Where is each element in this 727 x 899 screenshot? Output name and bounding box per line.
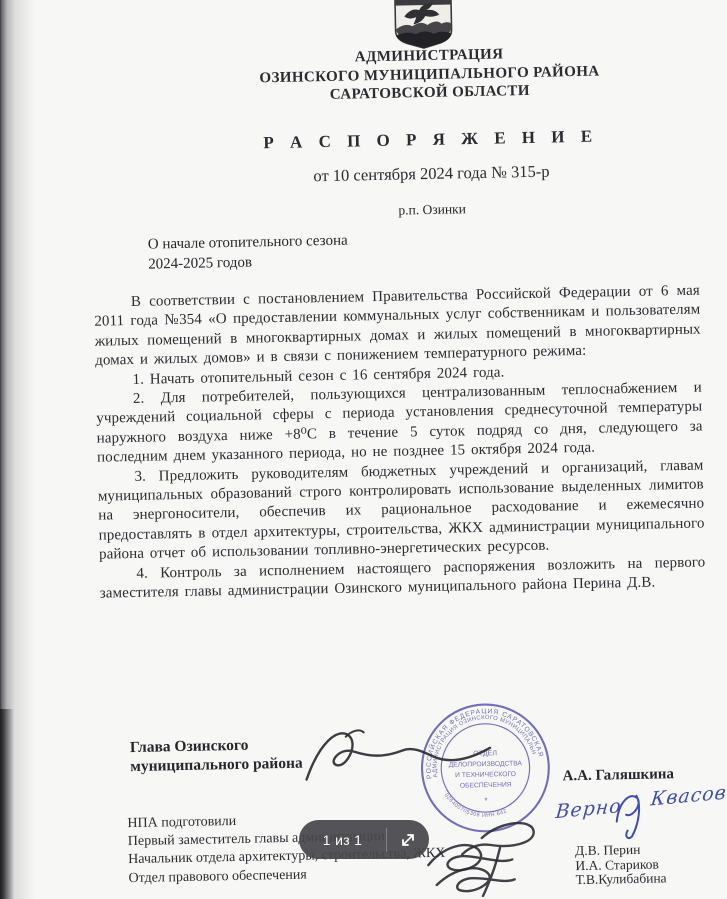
approval-signatures-ink xyxy=(415,816,597,899)
signer-title: Глава Озинского муниципального района xyxy=(130,735,303,776)
organization-name: АДМИНИСТРАЦИЯ ОЗИНСКОГО МУНИЦИПАЛЬНОГО Р… xyxy=(159,42,700,108)
document-place: р.п. Озинки xyxy=(162,196,702,223)
certifier-initials-ink xyxy=(606,782,659,842)
subject-line: 2024-2025 годов xyxy=(148,251,348,275)
document-body: В соответствии с постановлением Правител… xyxy=(94,282,706,605)
subject-line: О начале отопительного сезона xyxy=(148,232,348,256)
expand-icon xyxy=(399,831,417,849)
certifier-name: Квасова xyxy=(650,780,727,810)
signer-name: А.А. Галяшкина xyxy=(562,766,674,785)
head-signature-ink xyxy=(293,718,500,800)
body-paragraph: В соответствии с постановлением Правител… xyxy=(94,282,701,372)
viewer-page-pill[interactable]: 1 из 1 xyxy=(299,820,429,859)
body-paragraph: 3. Предложить руководителям бюджетных уч… xyxy=(97,456,705,565)
body-paragraph: 2. Для потребителей, пользующихся центра… xyxy=(96,379,703,469)
coat-of-arms-icon xyxy=(392,0,455,50)
expand-button[interactable] xyxy=(387,831,429,849)
document-date-number: от 10 сентября 2024 года № 315-р xyxy=(161,158,701,189)
document-subject: О начале отопительного сезона 2024-2025 … xyxy=(148,232,349,275)
page-indicator: 1 из 1 xyxy=(299,832,386,848)
document-type-title: Р А С П О Р Я Ж Е Н И Е xyxy=(161,125,701,156)
scanned-document-page: АДМИНИСТРАЦИЯ ОЗИНСКОГО МУНИЦИПАЛЬНОГО Р… xyxy=(0,0,727,899)
document-content: АДМИНИСТРАЦИЯ ОЗИНСКОГО МУНИЦИПАЛЬНОГО Р… xyxy=(0,0,727,899)
svg-text:*: * xyxy=(484,795,488,805)
signer-title-line: муниципального района xyxy=(130,754,303,776)
